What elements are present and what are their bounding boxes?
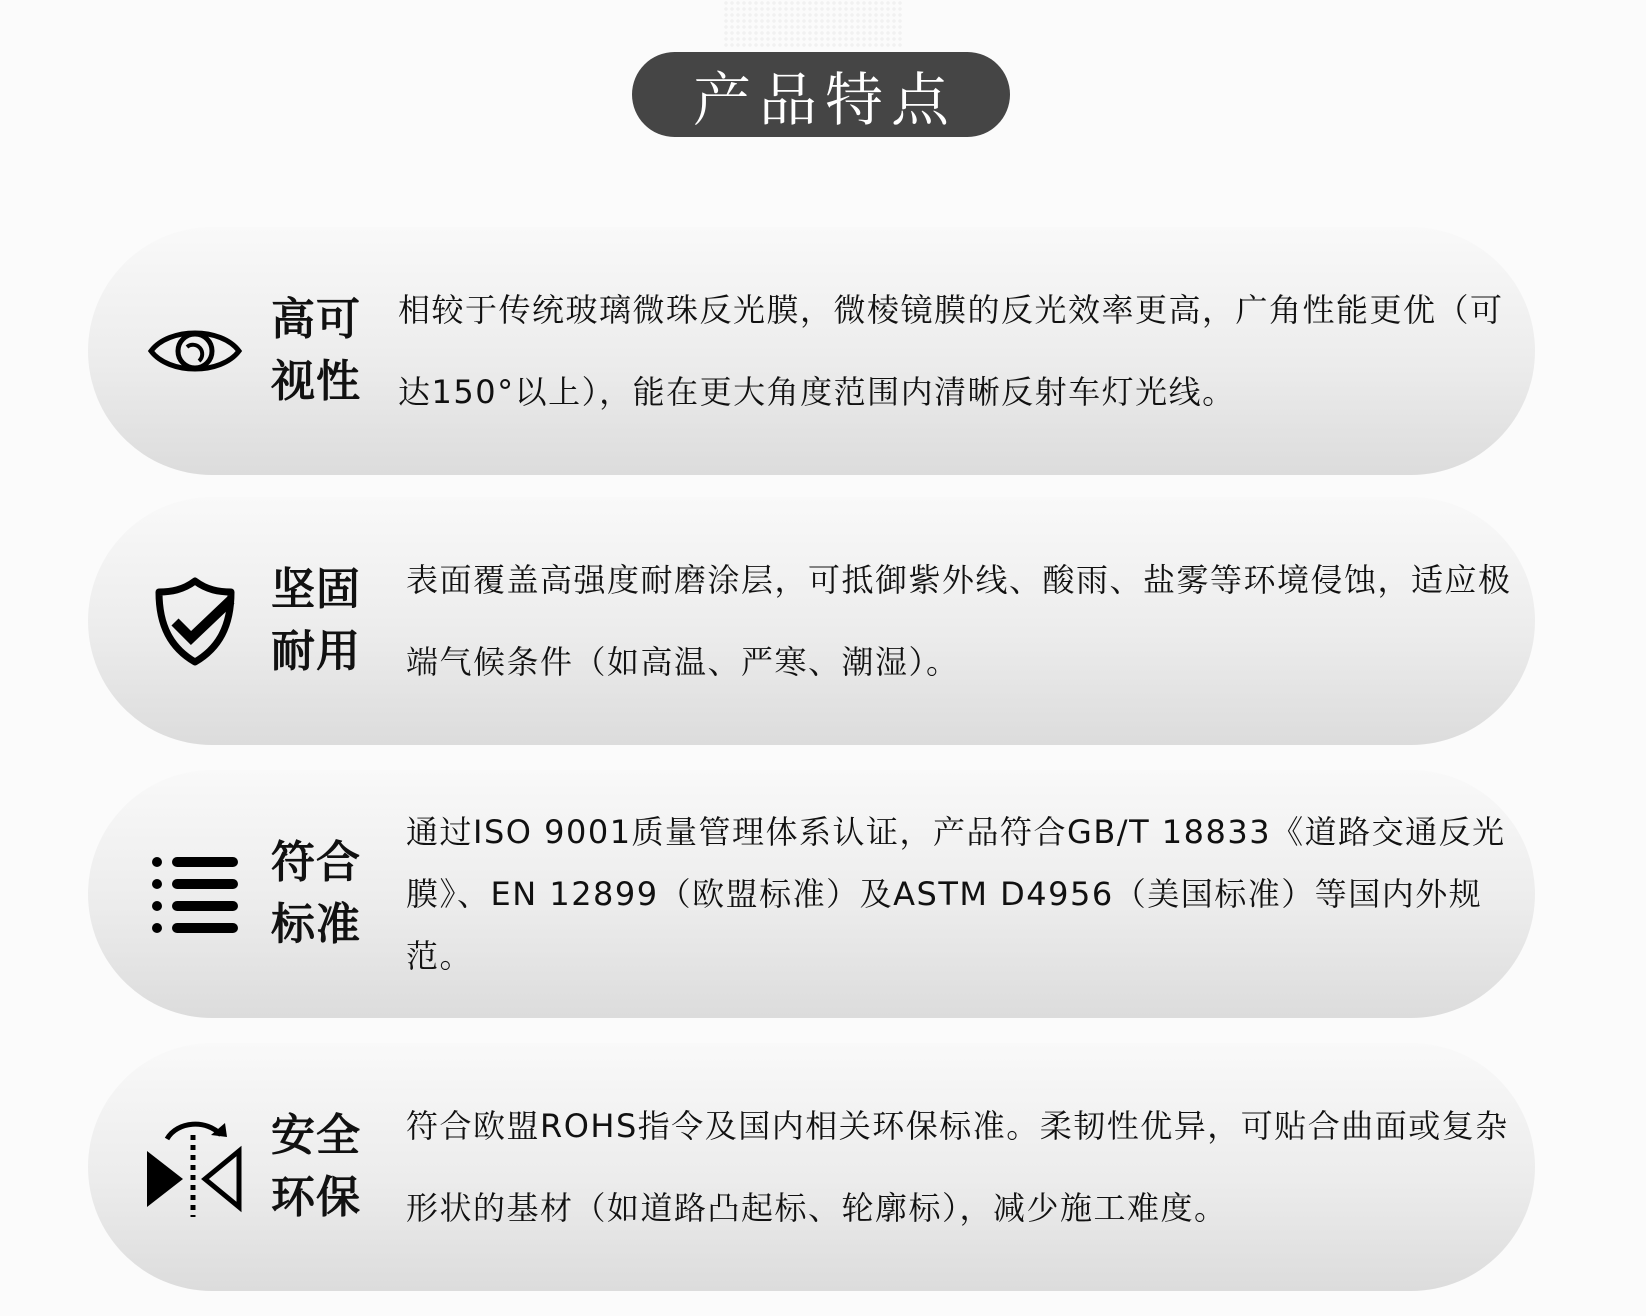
feature-description: 表面覆盖高强度耐磨涂层，可抵御紫外线、酸雨、盐雾等环境侵蚀，适应极端气候条件（如… [406,539,1516,703]
feature-card-eco-safe: 安全 环保 符合欧盟ROHS指令及国内相关环保标准。柔韧性优异，可贴合曲面或复杂… [88,1043,1535,1291]
feature-title: 坚固 耐用 [271,559,371,683]
shield-check-icon [140,566,250,676]
decorative-dot-pattern [723,0,903,48]
flip-symmetry-icon [140,1112,250,1222]
feature-title-line1: 坚固 [271,559,371,621]
feature-title-line2: 环保 [271,1167,371,1229]
eye-icon [140,296,250,406]
feature-title-line1: 安全 [271,1105,371,1167]
feature-title: 安全 环保 [271,1105,371,1229]
feature-title-line1: 符合 [271,832,371,894]
feature-title-line2: 耐用 [271,621,371,683]
feature-title: 符合 标准 [271,832,371,956]
feature-description: 相较于传统玻璃微珠反光膜，微棱镜膜的反光效率更高，广角性能更优（可达150°以上… [398,269,1508,433]
feature-title: 高可 视性 [271,289,371,413]
feature-description: 符合欧盟ROHS指令及国内相关环保标准。柔韧性优异，可贴合曲面或复杂形状的基材（… [406,1085,1516,1249]
feature-description: 通过ISO 9001质量管理体系认证，产品符合GB/T 18833《道路交通反光… [406,801,1516,987]
section-title-pill: 产品特点 [632,52,1010,137]
feature-title-line2: 标准 [271,894,371,956]
feature-card-high-visibility: 高可 视性 相较于传统玻璃微珠反光膜，微棱镜膜的反光效率更高，广角性能更优（可达… [88,227,1535,475]
section-title: 产品特点 [685,53,957,137]
list-icon [140,839,250,949]
feature-card-durability: 坚固 耐用 表面覆盖高强度耐磨涂层，可抵御紫外线、酸雨、盐雾等环境侵蚀，适应极端… [88,497,1535,745]
feature-title-line2: 视性 [271,351,371,413]
feature-title-line1: 高可 [271,289,371,351]
feature-card-standards: 符合 标准 通过ISO 9001质量管理体系认证，产品符合GB/T 18833《… [88,770,1535,1018]
